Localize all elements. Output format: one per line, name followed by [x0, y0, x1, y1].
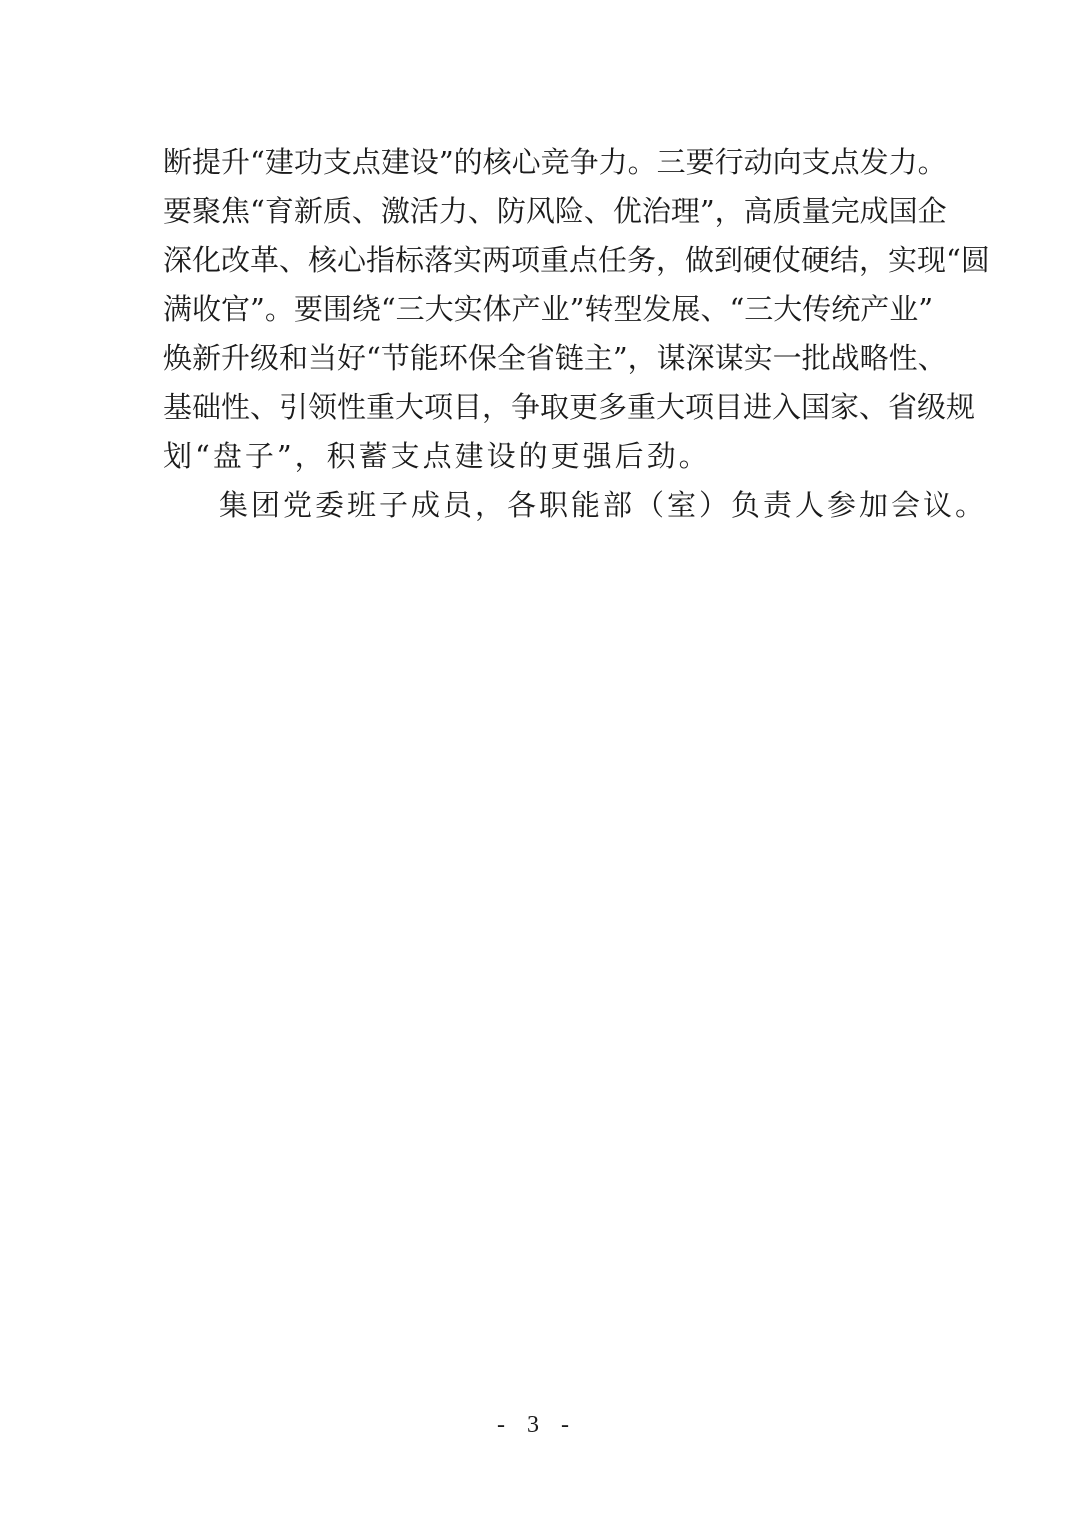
- text-line: 断提升“建功支点建设”的核心竞争力。三要行动向支点发力。: [163, 138, 913, 187]
- text-line: 基础性、引领性重大项目，争取更多重大项目进入国家、省级规: [163, 383, 913, 432]
- document-page: 断提升“建功支点建设”的核心竞争力。三要行动向支点发力。 要聚焦“育新质、激活力…: [0, 0, 1074, 1520]
- text-line: 焕新升级和当好“节能环保全省链主”，谋深谋实一批战略性、: [163, 334, 913, 383]
- text-line: 集团党委班子成员，各职能部（室）负责人参加会议。: [163, 481, 913, 530]
- page-number: - 3 -: [0, 1412, 1074, 1439]
- text-line: 要聚焦“育新质、激活力、防风险、优治理”，高质量完成国企: [163, 187, 913, 236]
- text-line: 划“盘子”，积蓄支点建设的更强后劲。: [163, 432, 913, 481]
- text-line: 深化改革、核心指标落实两项重点任务，做到硬仗硬结，实现“圆: [163, 236, 913, 285]
- paragraph-2: 集团党委班子成员，各职能部（室）负责人参加会议。: [163, 481, 913, 530]
- text-line: 满收官”。要围绕“三大实体产业”转型发展、“三大传统产业”: [163, 285, 913, 334]
- document-body: 断提升“建功支点建设”的核心竞争力。三要行动向支点发力。 要聚焦“育新质、激活力…: [163, 138, 913, 530]
- paragraph-1: 断提升“建功支点建设”的核心竞争力。三要行动向支点发力。 要聚焦“育新质、激活力…: [163, 138, 913, 481]
